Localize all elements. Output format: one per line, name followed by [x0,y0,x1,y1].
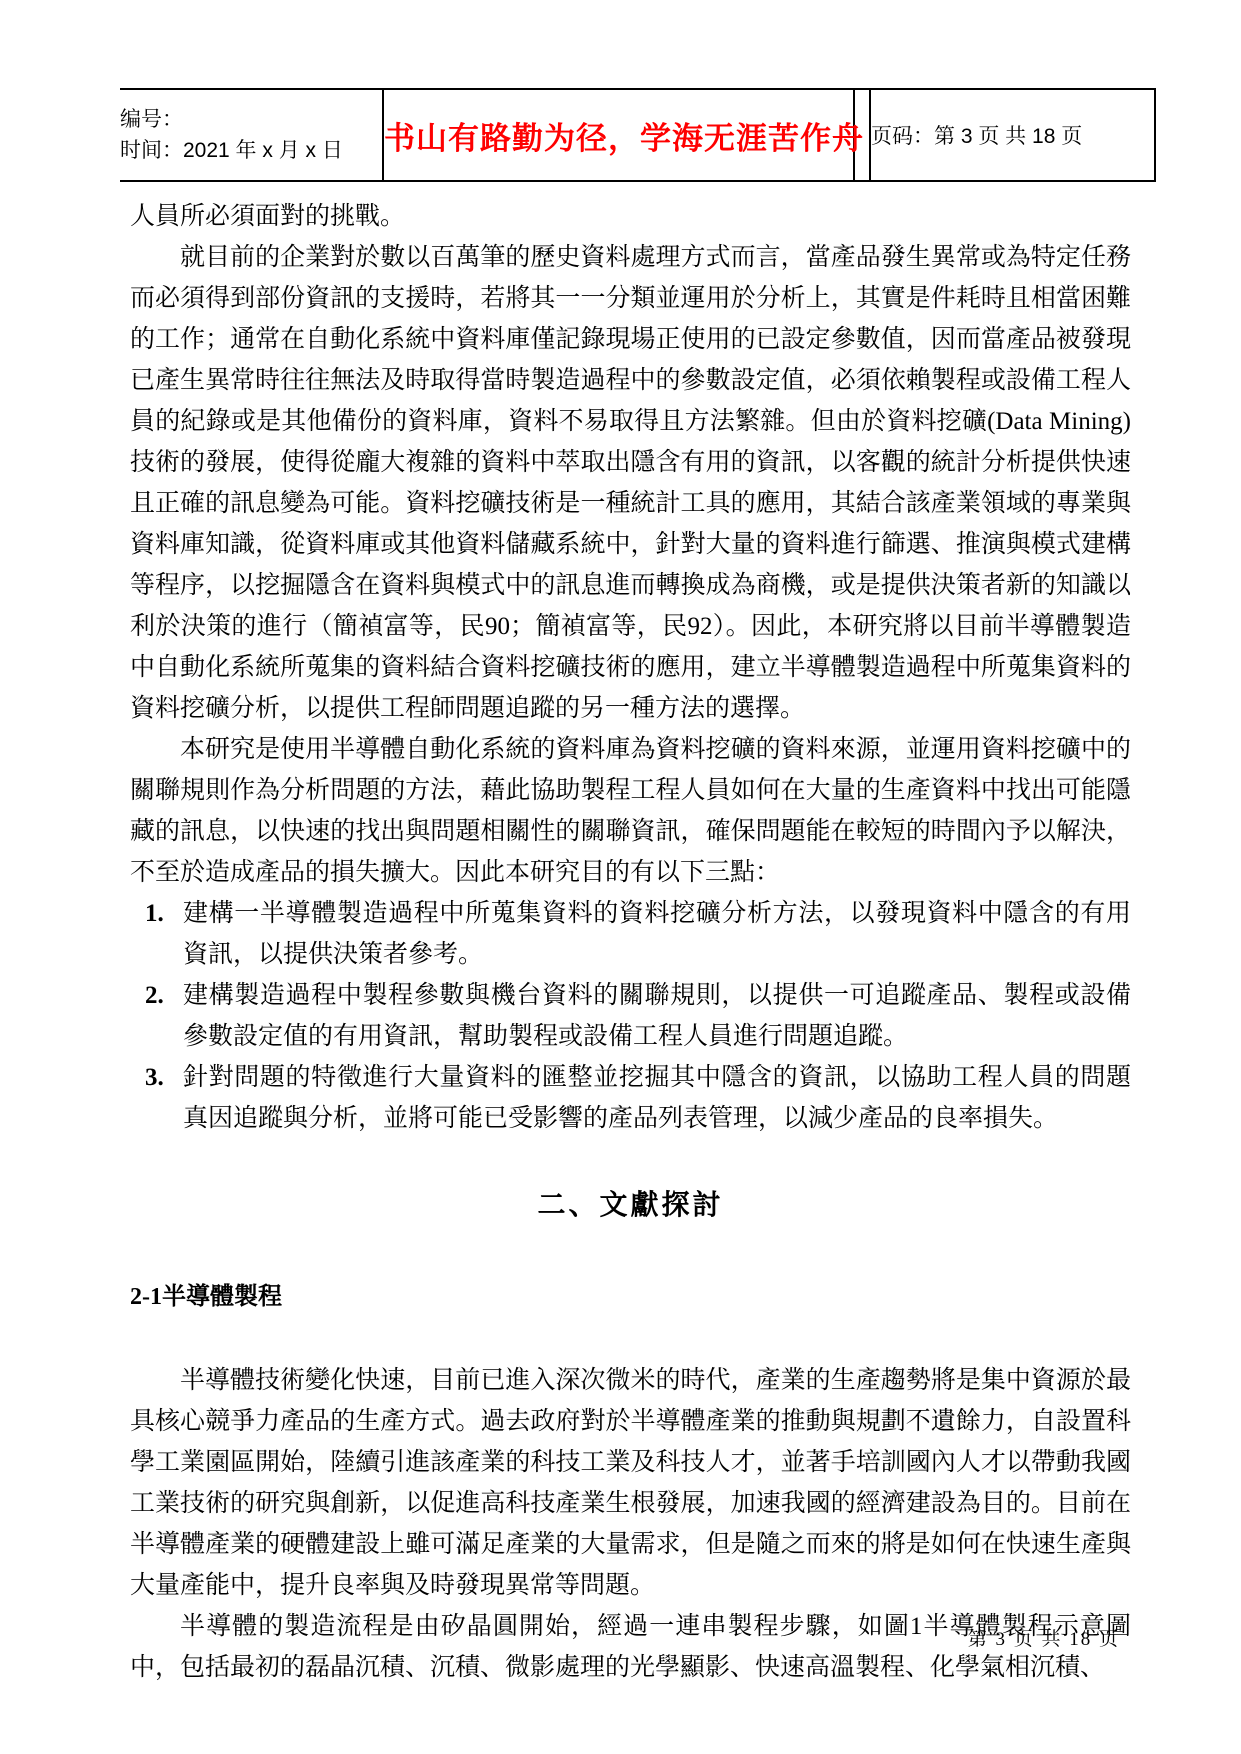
list-item: 2. 建構製造過程中製程參數與機台資料的關聯規則，以提供一可追蹤產品、製程或設備… [130,975,1131,1057]
paragraph-current-practice: 就目前的企業對於數以百萬筆的歷史資料處理方式而言，當產品發生異常或為特定任務而必… [130,237,1131,729]
document-page: 编号： 时间：2021 年 x 月 x 日 书山有路勤为径，学海无涯苦作舟 页码… [0,0,1241,1754]
list-item-number: 2. [145,975,164,1016]
header-page-cell: 页码：第 3 页 共 18 页 [870,89,1155,181]
header-motto-cell: 书山有路勤为径，学海无涯苦作舟 [383,89,854,181]
header-table: 编号： 时间：2021 年 x 月 x 日 书山有路勤为径，学海无涯苦作舟 页码… [120,88,1156,182]
motto-text: 书山有路勤为径，学海无涯苦作舟 [384,121,864,156]
section-heading: 二、文獻探討 [130,1184,1131,1228]
doc-number-label: 编号： [120,104,382,135]
page-number-label: 页码：第 3 页 共 18 页 [871,125,1082,148]
subsection-heading: 2-1半導體製程 [130,1278,1131,1316]
document-body: 人員所必須面對的挑戰。 就目前的企業對於數以百萬筆的歷史資料處理方式而言，當產品… [130,196,1131,1688]
objectives-list: 1. 建構一半導體製造過程中所蒐集資料的資料挖礦分析方法，以發現資料中隱含的有用… [130,893,1131,1139]
list-item: 3. 針對問題的特徵進行大量資料的匯整並挖掘其中隱含的資訊，以協助工程人員的問題… [130,1057,1131,1139]
header-left-cell: 编号： 时间：2021 年 x 月 x 日 [120,89,383,181]
paragraph-semiconductor-trend: 半導體技術變化快速，目前已進入深次微米的時代，產業的生產趨勢將是集中資源於最具核… [130,1360,1131,1606]
list-item-number: 3. [145,1057,164,1098]
paragraph-research-purpose: 本研究是使用半導體自動化系統的資料庫為資料挖礦的資料來源，並運用資料挖礦中的關聯… [130,729,1131,893]
list-item: 1. 建構一半導體製造過程中所蒐集資料的資料挖礦分析方法，以發現資料中隱含的有用… [130,893,1131,975]
footer-page-number: 第 3 页 共 18 页 [968,1624,1120,1651]
list-item-text: 建構一半導體製造過程中所蒐集資料的資料挖礦分析方法，以發現資料中隱含的有用資訊，… [183,900,1131,968]
paragraph-continued: 人員所必須面對的挑戰。 [130,196,1131,237]
doc-time-label: 时间：2021 年 x 月 x 日 [120,135,382,166]
list-item-number: 1. [145,893,164,934]
list-item-text: 建構製造過程中製程參數與機台資料的關聯規則，以提供一可追蹤產品、製程或設備參數設… [183,982,1131,1050]
list-item-text: 針對問題的特徵進行大量資料的匯整並挖掘其中隱含的資訊，以協助工程人員的問題真因追… [183,1064,1131,1132]
